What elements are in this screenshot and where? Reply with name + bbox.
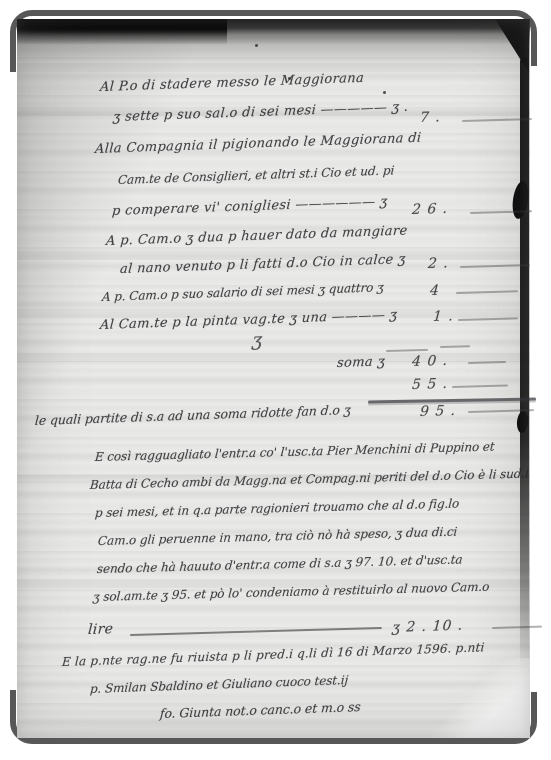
scan-streak [17, 251, 530, 260]
scan-streak [17, 309, 530, 318]
manuscript-viewer: Al P.o di stadere messo le Maggiorana ʒ … [0, 0, 551, 760]
scan-top-edge-dark [17, 19, 227, 45]
speck [288, 77, 291, 80]
scan-streak [17, 474, 530, 483]
scan-streak [17, 107, 530, 116]
speck [383, 91, 386, 94]
scan-streak [17, 579, 530, 588]
manuscript-scan [17, 19, 530, 738]
scan-streak [17, 353, 530, 362]
page-curl-highlight [390, 658, 530, 738]
frame-gap-right [530, 66, 548, 692]
fold-shadow [17, 19, 377, 449]
frame-gap-left [3, 72, 17, 690]
book-gutter-shadow [520, 57, 529, 669]
speck [255, 44, 258, 47]
